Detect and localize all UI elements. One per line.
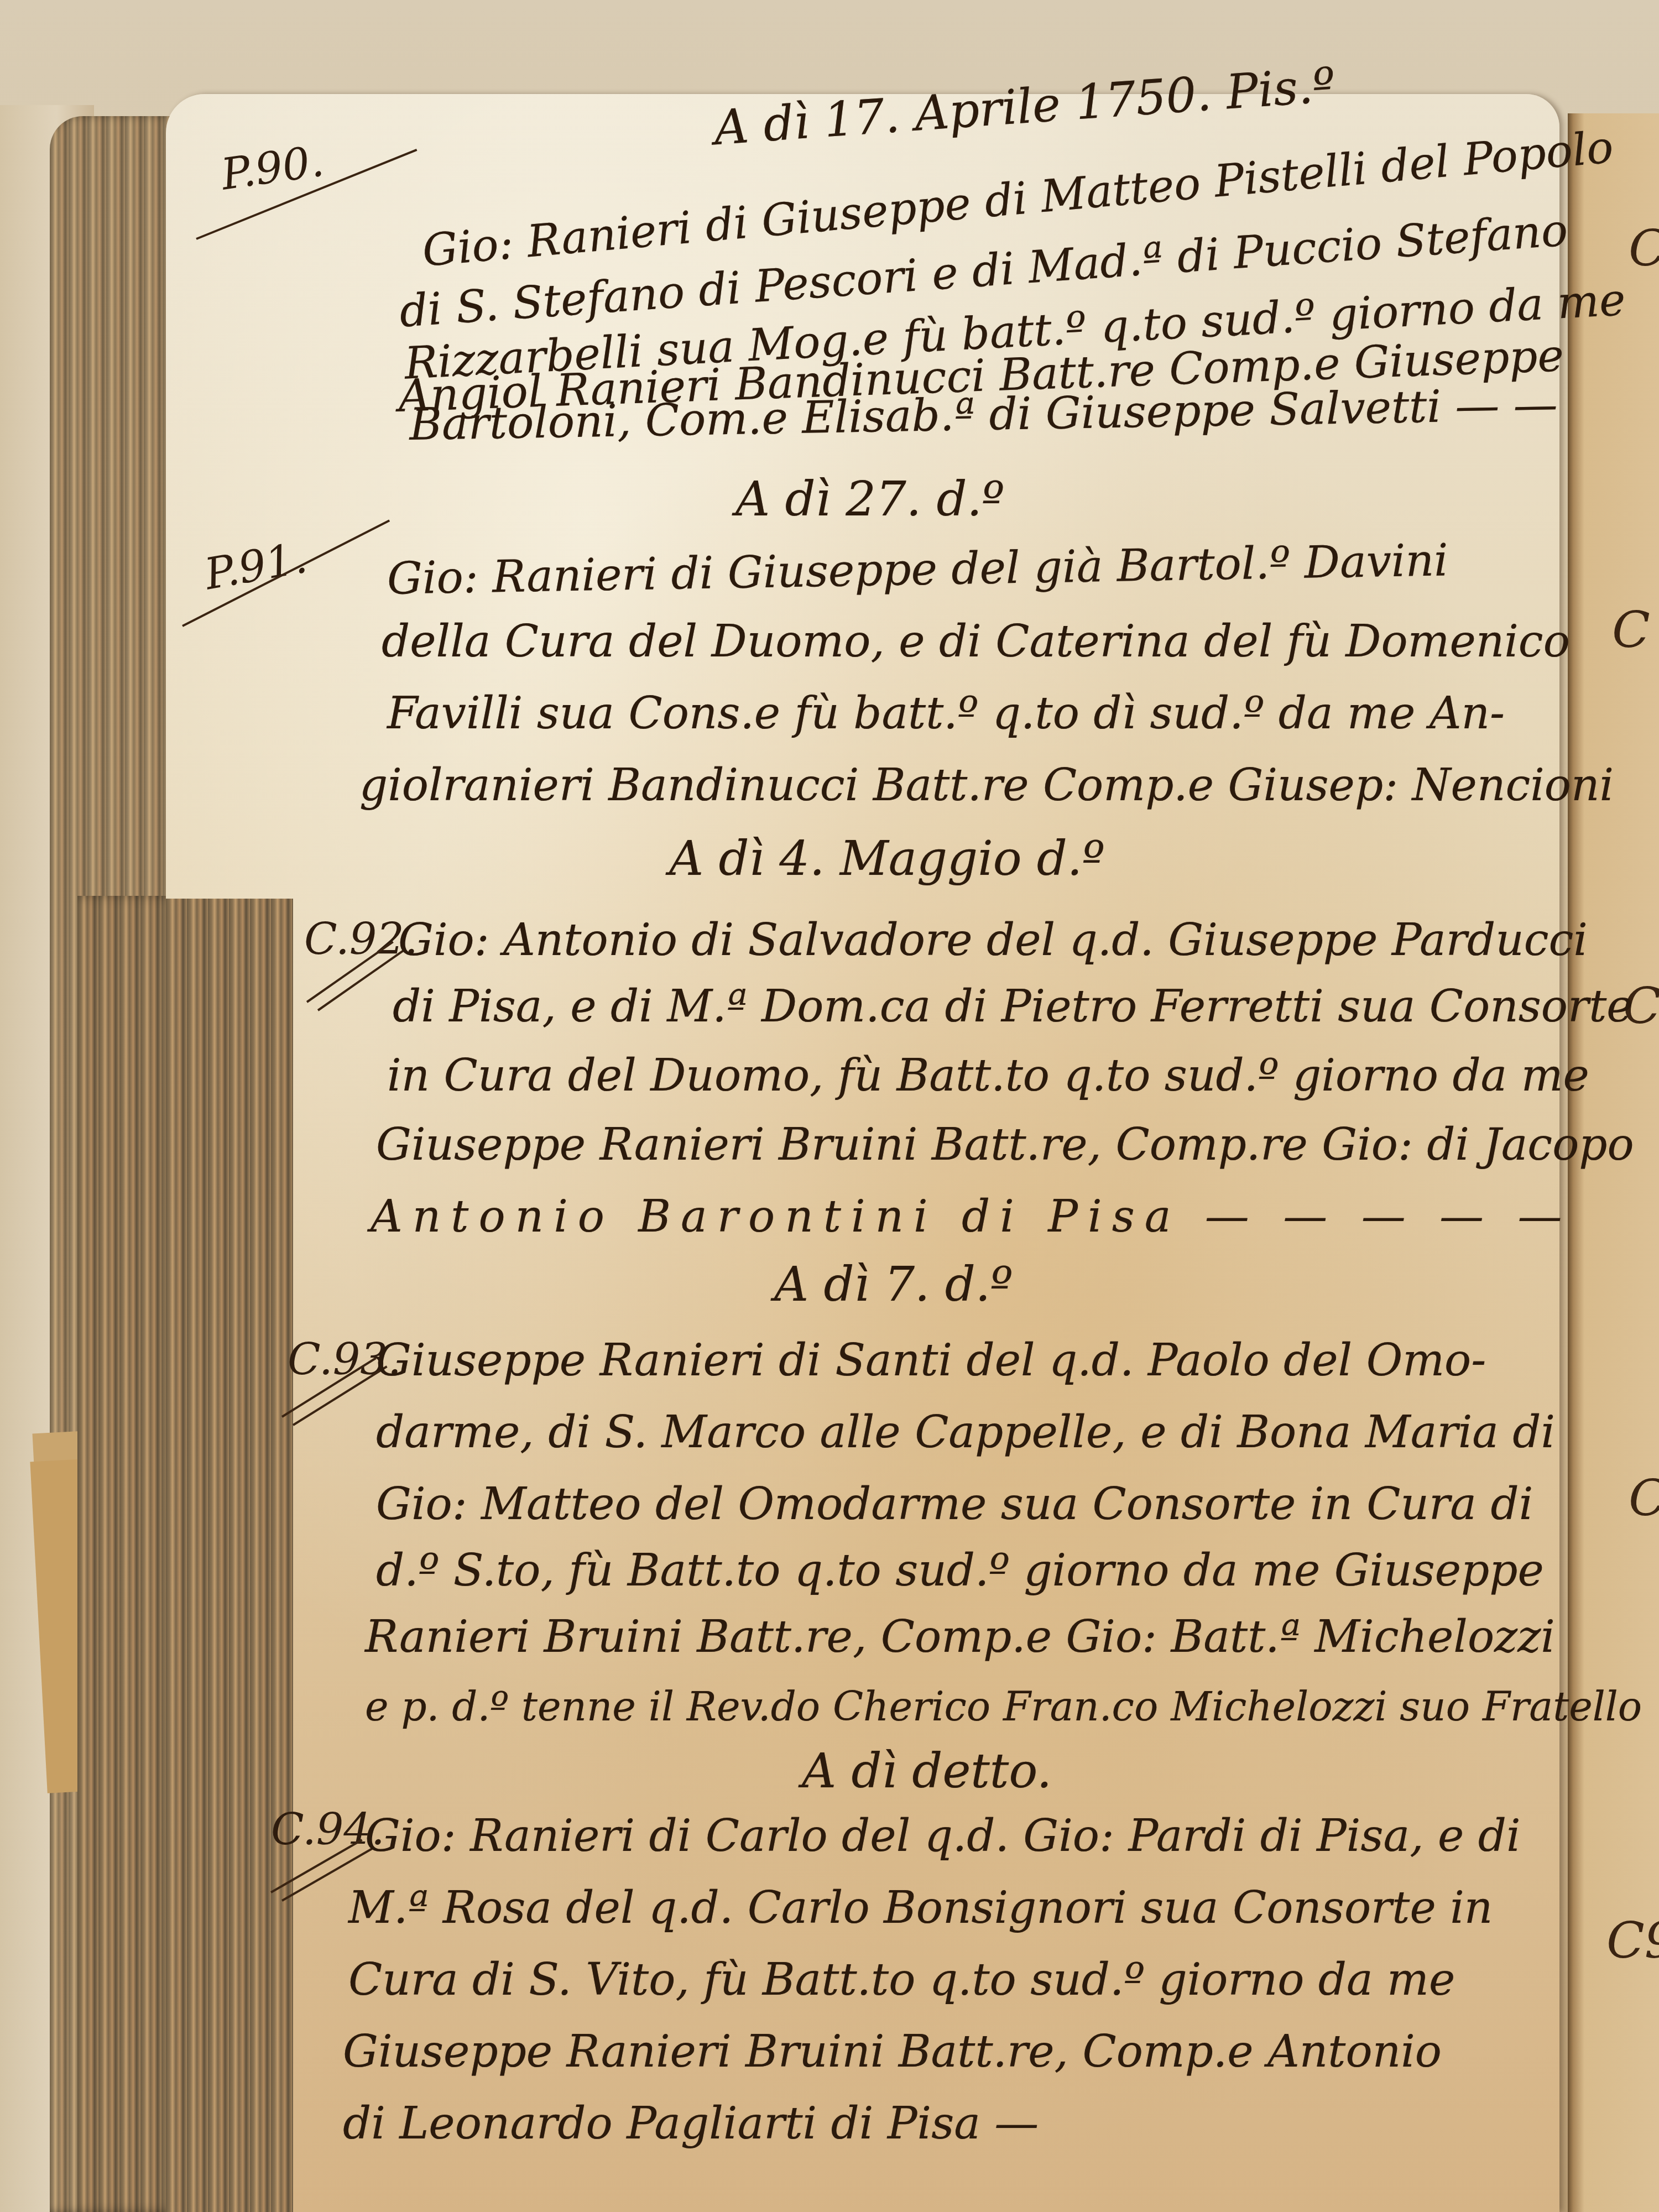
entry-date: A dì 4. Maggio d.º — [669, 835, 1105, 883]
entry-line: Gio: Ranieri di Carlo del q.d. Gio: Pard… — [365, 1814, 1521, 1858]
facing-margin-mark: C — [1612, 606, 1650, 655]
entry-line: in Cura del Duomo, fù Batt.to q.to sud.º… — [387, 1053, 1589, 1098]
entry-line: d.º S.to, fù Batt.to q.to sud.º giorno d… — [376, 1548, 1544, 1593]
entry-line: di Pisa, e di M.ª Dom.ca di Pietro Ferre… — [393, 984, 1633, 1029]
entry-line: Ranieri Bruini Batt.re, Comp.e Gio: Batt… — [365, 1615, 1555, 1659]
facing-margin-mark: C — [1629, 1474, 1659, 1524]
entry-line: della Cura del Duomo, e di Caterina del … — [382, 619, 1570, 664]
entry-line: Giuseppe Ranieri Bruini Batt.re, Comp.e … — [343, 2030, 1442, 2074]
entry-line: Antonio Barontini di Pisa — — — — — — [371, 1194, 1572, 1239]
page-cutout-stack — [166, 899, 293, 2212]
entry-line: Giuseppe Ranieri Bruini Batt.re, Comp.re… — [376, 1123, 1634, 1167]
entry-line: darme, di S. Marco alle Cappelle, e di B… — [376, 1410, 1555, 1454]
entry-date: A dì detto. — [802, 1747, 1052, 1795]
facing-margin-mark: C9 — [1606, 1916, 1659, 1966]
entry-line: Cura di S. Vito, fù Batt.to q.to sud.º g… — [348, 1958, 1455, 2002]
facing-margin-mark: C — [1629, 224, 1659, 274]
entry-line: giolranieri Bandinucci Batt.re Comp.e Gi… — [359, 763, 1614, 807]
entry-line: Giuseppe Ranieri di Santi del q.d. Paolo… — [376, 1338, 1486, 1383]
entry-line: Favilli sua Cons.e fù batt.º q.to dì sud… — [387, 691, 1505, 735]
entry-line: M.ª Rosa del q.d. Carlo Bonsignori sua C… — [348, 1886, 1493, 1930]
entry-line: di Leonardo Pagliarti di Pisa — — [343, 2101, 1039, 2146]
entry-line: Gio: Matteo del Omodarme sua Consorte in… — [376, 1482, 1533, 1526]
entry-line: Gio: Antonio di Salvadore del q.d. Giuse… — [398, 918, 1588, 962]
entry-date: A dì 27. d.º — [735, 476, 1004, 523]
entry-line: e p. d.º tenne il Rev.do Cherico Fran.co… — [365, 1687, 1642, 1726]
entry-date: A dì 7. d.º — [774, 1261, 1013, 1308]
